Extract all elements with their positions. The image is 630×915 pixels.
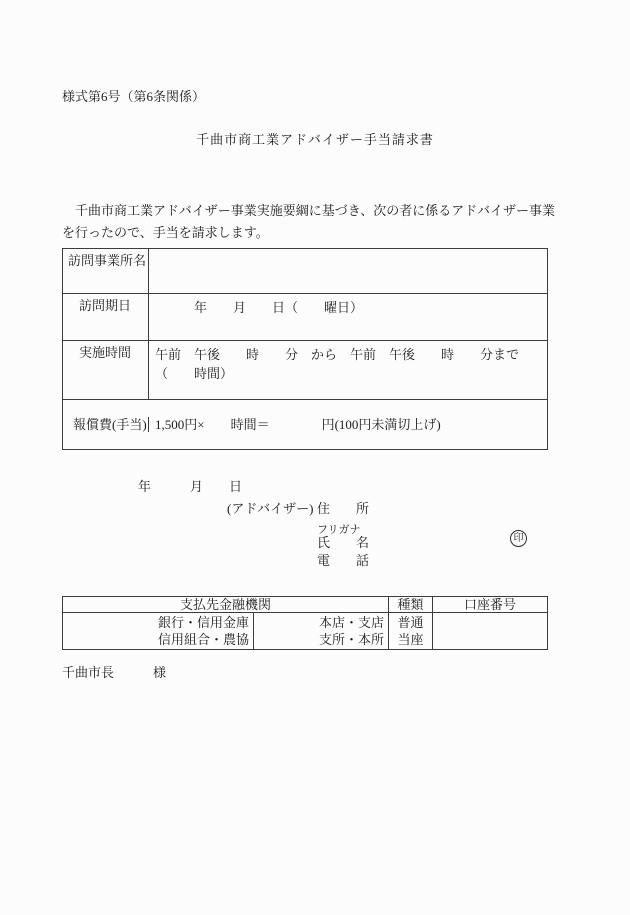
account-number-header: 口座番号	[433, 597, 547, 612]
account-type-cell: 普通当座	[389, 613, 433, 649]
document-page: 様式第6号（第6条関係） 千曲市商工業アドバイザー手当請求書 千曲市商工業アドバ…	[0, 0, 630, 915]
bank-option-line1: 銀行・信用金庫	[158, 615, 249, 630]
document-title: 千曲市商工業アドバイザー手当請求書	[0, 133, 630, 147]
table-row: 報償費(手当) 1,500円× 時間＝ 円(100円未満切上げ)	[63, 399, 547, 449]
bank-table-body-row: 銀行・信用金庫信用組合・農協 本店・支店支所・本所 普通当座	[63, 613, 547, 649]
total-hours-text: （ 時間）	[155, 366, 233, 381]
bank-table-header-row: 支払先金融機関 種類 口座番号	[63, 597, 547, 613]
bank-name-cell: 銀行・信用金庫信用組合・農協	[63, 613, 254, 649]
branch-cell: 本店・支店支所・本所	[254, 613, 389, 649]
remuneration-formula-field: 1,500円× 時間＝ 円(100円未満切上げ)	[149, 415, 547, 434]
account-type-current: 当座	[397, 632, 423, 647]
visited-business-name-field	[149, 249, 547, 293]
intro-paragraph-line1: 千曲市商工業アドバイザー事業実施要綱に基づき、次の者に係るアドバイザー事業	[62, 204, 555, 218]
address-label: 住 所	[317, 502, 369, 516]
signature-date-line: 年 月 日	[138, 480, 242, 494]
account-type-header: 種類	[389, 597, 433, 612]
remuneration-label: 報償費(手当)	[63, 417, 149, 432]
institution-header: 支払先金融機関	[63, 597, 389, 612]
intro-paragraph-line2: を行ったので、手当を請求します。	[62, 226, 269, 240]
table-row: 実施時間 午前 午後 時 分 から 午前 午後 時 分まで（ 時間）	[63, 340, 547, 399]
table-row: 訪問事業所名	[63, 249, 547, 293]
time-range-text: 午前 午後 時 分 から 午前 午後 時 分まで	[155, 347, 519, 362]
account-type-ordinary: 普通	[397, 615, 423, 630]
form-number: 様式第6号（第6条関係）	[62, 90, 205, 104]
phone-label: 電 話	[317, 554, 369, 568]
visited-business-name-label: 訪問事業所名	[63, 249, 149, 293]
implementation-time-label: 実施時間	[63, 341, 149, 399]
bank-account-table: 支払先金融機関 種類 口座番号 銀行・信用金庫信用組合・農協 本店・支店支所・本…	[62, 596, 548, 650]
visit-date-field: 年 月 日（ 曜日）	[149, 294, 547, 340]
seal-mark-icon: 印	[510, 530, 527, 547]
branch-option-line2: 支所・本所	[319, 632, 384, 647]
visit-date-label: 訪問期日	[63, 294, 149, 340]
bank-option-line2: 信用組合・農協	[158, 632, 249, 647]
addressee-line: 千曲市長 様	[62, 666, 166, 680]
branch-option-line1: 本店・支店	[319, 615, 384, 630]
account-number-field	[433, 613, 547, 649]
claim-details-table: 訪問事業所名 訪問期日 年 月 日（ 曜日） 実施時間 午前 午後 時 分 から…	[62, 248, 548, 450]
implementation-time-field: 午前 午後 時 分 から 午前 午後 時 分まで（ 時間）	[149, 341, 547, 399]
name-label: 氏 名	[317, 536, 369, 550]
advisor-prefix-label: (アドバイザー)	[227, 502, 313, 516]
table-row: 訪問期日 年 月 日（ 曜日）	[63, 293, 547, 340]
